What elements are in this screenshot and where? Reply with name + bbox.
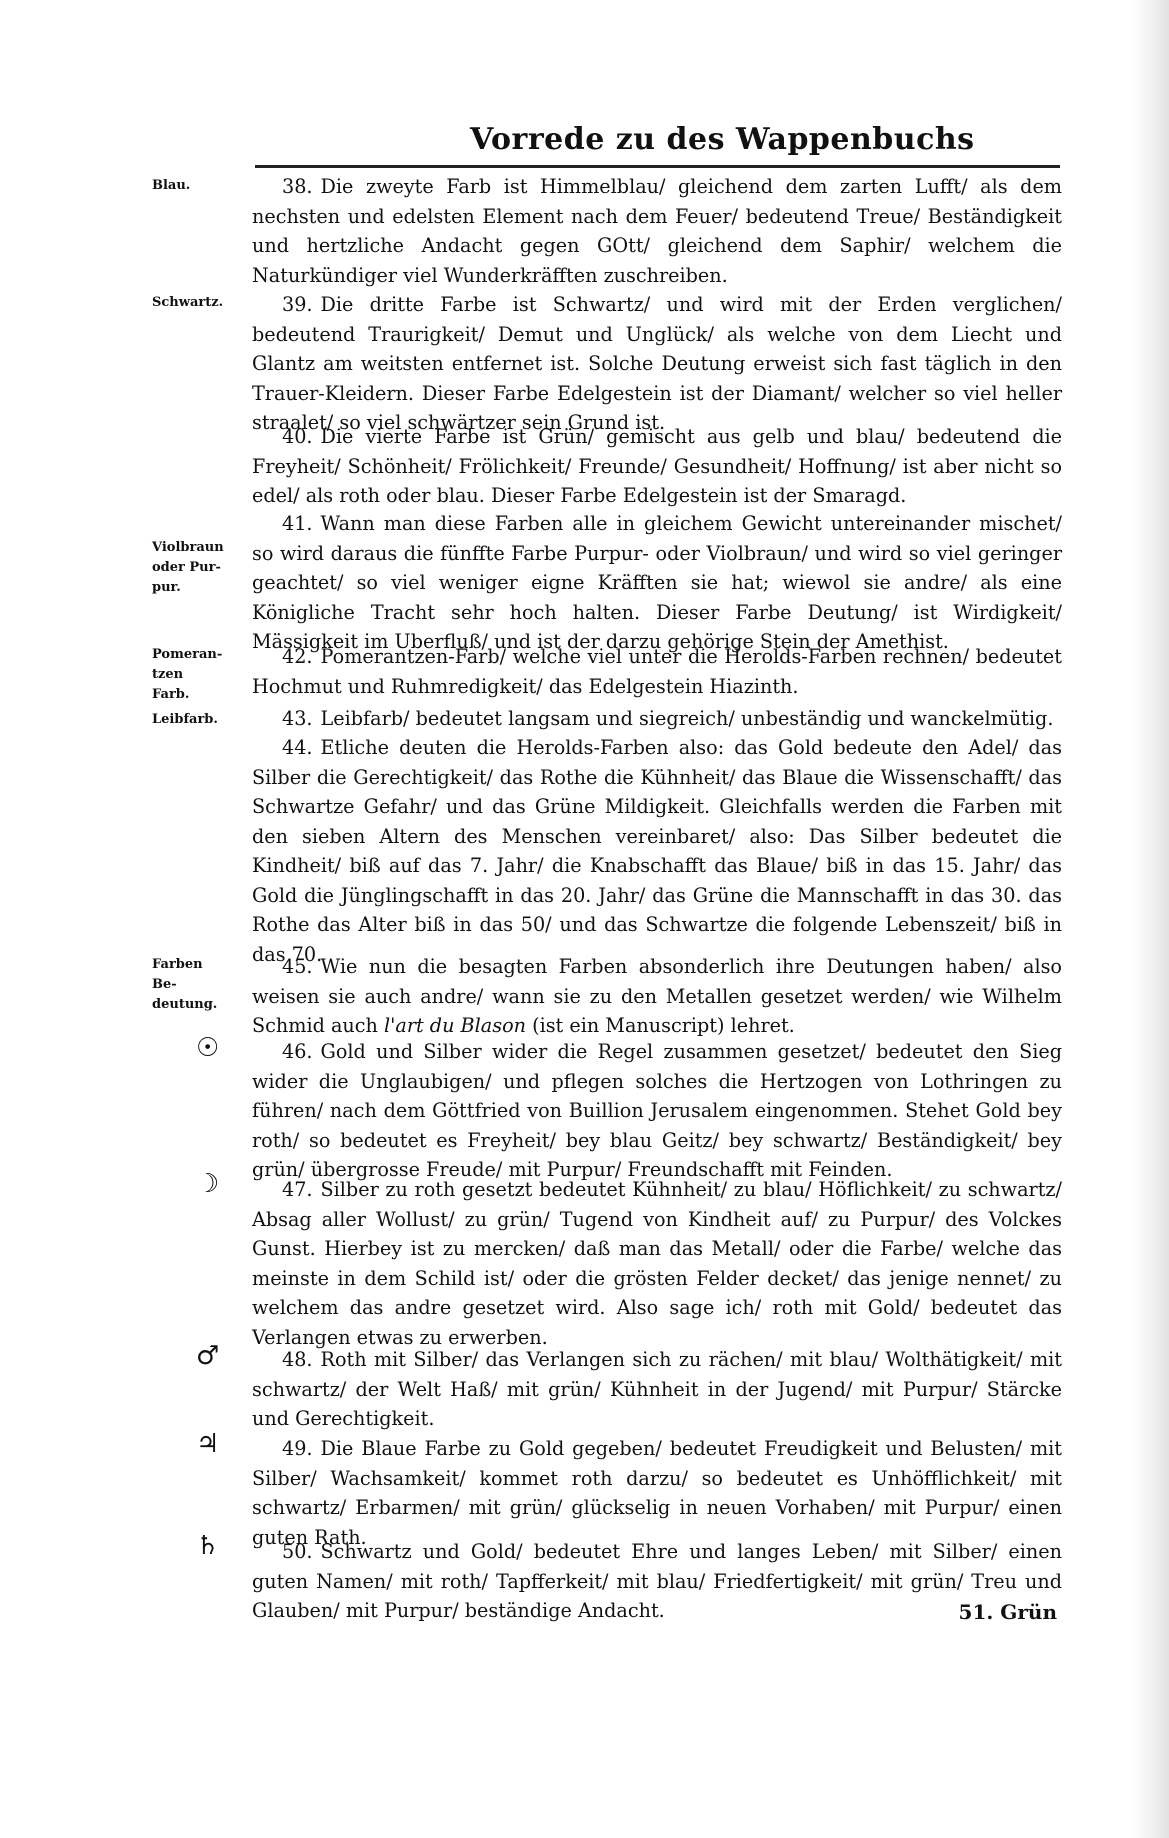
paragraph-50: 50.Schwartz und Gold/ bedeutet Ehre und … [252,1537,1062,1626]
paragraph-39: 39.Die dritte Farbe ist Schwartz/ und wi… [252,290,1062,438]
paragraph-text: Wann man diese Farben alle in gleichem G… [252,512,1062,653]
page-edge-shadow [1131,0,1169,1838]
paragraph-number: 45. [252,952,321,982]
paragraph-number: 48. [252,1345,321,1375]
paragraph-text: Etliche deuten die Herolds-Farben also: … [252,736,1062,966]
paragraph-number: 50. [252,1537,321,1567]
paragraph-38: 38.Die zweyte Farb ist Himmelblau/ gleic… [252,172,1062,290]
catchword: 51. Grün [959,1600,1057,1624]
paragraph-text: Die dritte Farbe ist Schwartz/ und wird … [252,293,1062,434]
paragraph-48: 48.Roth mit Silber/ das Verlangen sich z… [252,1345,1062,1434]
paragraph-text: Die vierte Farbe ist Grün/ gemischt aus … [252,425,1062,507]
paragraph-number: 46. [252,1037,321,1067]
saturn-symbol-icon: ♄ [196,1532,219,1560]
paragraph-number: 39. [252,290,321,320]
sun-symbol-icon: ☉ [196,1034,219,1062]
paragraph-text: Die Blaue Farbe zu Gold gegeben/ bedeute… [252,1437,1062,1549]
paragraph-text: Gold und Silber wider die Regel zusammen… [252,1040,1062,1181]
paragraph-number: 40. [252,422,321,452]
moon-symbol-icon: ☽ [196,1170,219,1198]
paragraph-41: 41.Wann man diese Farben alle in gleiche… [252,509,1062,657]
jupiter-symbol-icon: ♃ [196,1430,219,1458]
paragraph-text-end: (ist ein Manuscript) lehret. [526,1014,795,1037]
margin-note-farben-bedeutung: Farben Be-deutung. [152,955,228,1015]
paragraph-text: Schwartz und Gold/ bedeutet Ehre und lan… [252,1540,1062,1622]
paragraph-49: 49.Die Blaue Farbe zu Gold gegeben/ bede… [252,1434,1062,1552]
margin-note-pomeranzen: Pomeran-tzen Farb. [152,645,222,705]
paragraph-text: Pomerantzen-Farb/ welche viel unter die … [252,645,1062,698]
paragraph-text: Die zweyte Farb ist Himmelblau/ gleichen… [252,175,1062,287]
margin-note-leibfarb: Leibfarb. [152,710,242,730]
paragraph-43: 43.Leibfarb/ bedeutet langsam und siegre… [252,704,1062,734]
paragraph-40: 40.Die vierte Farbe ist Grün/ gemischt a… [252,422,1062,511]
margin-note-violbraun: Violbraun oder Pur-pur. [152,538,230,598]
paragraph-number: 49. [252,1434,321,1464]
paragraph-text: Leibfarb/ bedeutet langsam und siegreich… [321,707,1054,730]
header-rule [255,165,1060,168]
paragraph-number: 41. [252,509,321,539]
margin-note-schwartz: Schwartz. [152,293,242,313]
paragraph-number: 43. [252,704,321,734]
paragraph-number: 47. [252,1175,321,1205]
running-header-title: Vorrede zu des Wappenbuchs [470,122,975,157]
paragraph-42: 42.Pomerantzen-Farb/ welche viel unter d… [252,642,1062,701]
paragraph-text: Silber zu roth gesetzt bedeutet Kühnheit… [252,1178,1062,1349]
paragraph-number: 42. [252,642,321,672]
paragraph-47: 47.Silber zu roth gesetzt bedeutet Kühnh… [252,1175,1062,1352]
paragraph-text: Roth mit Silber/ das Verlangen sich zu r… [252,1348,1062,1430]
book-title-italic: l'art du Blason [384,1014,526,1037]
paragraph-45: 45.Wie nun die besagten Farben absonderl… [252,952,1062,1041]
paragraph-number: 44. [252,733,321,763]
mars-symbol-icon: ♂ [196,1342,219,1370]
paragraph-46: 46.Gold und Silber wider die Regel zusam… [252,1037,1062,1185]
margin-note-blau: Blau. [152,176,242,196]
paragraph-44: 44.Etliche deuten die Herolds-Farben als… [252,733,1062,969]
paragraph-number: 38. [252,172,321,202]
